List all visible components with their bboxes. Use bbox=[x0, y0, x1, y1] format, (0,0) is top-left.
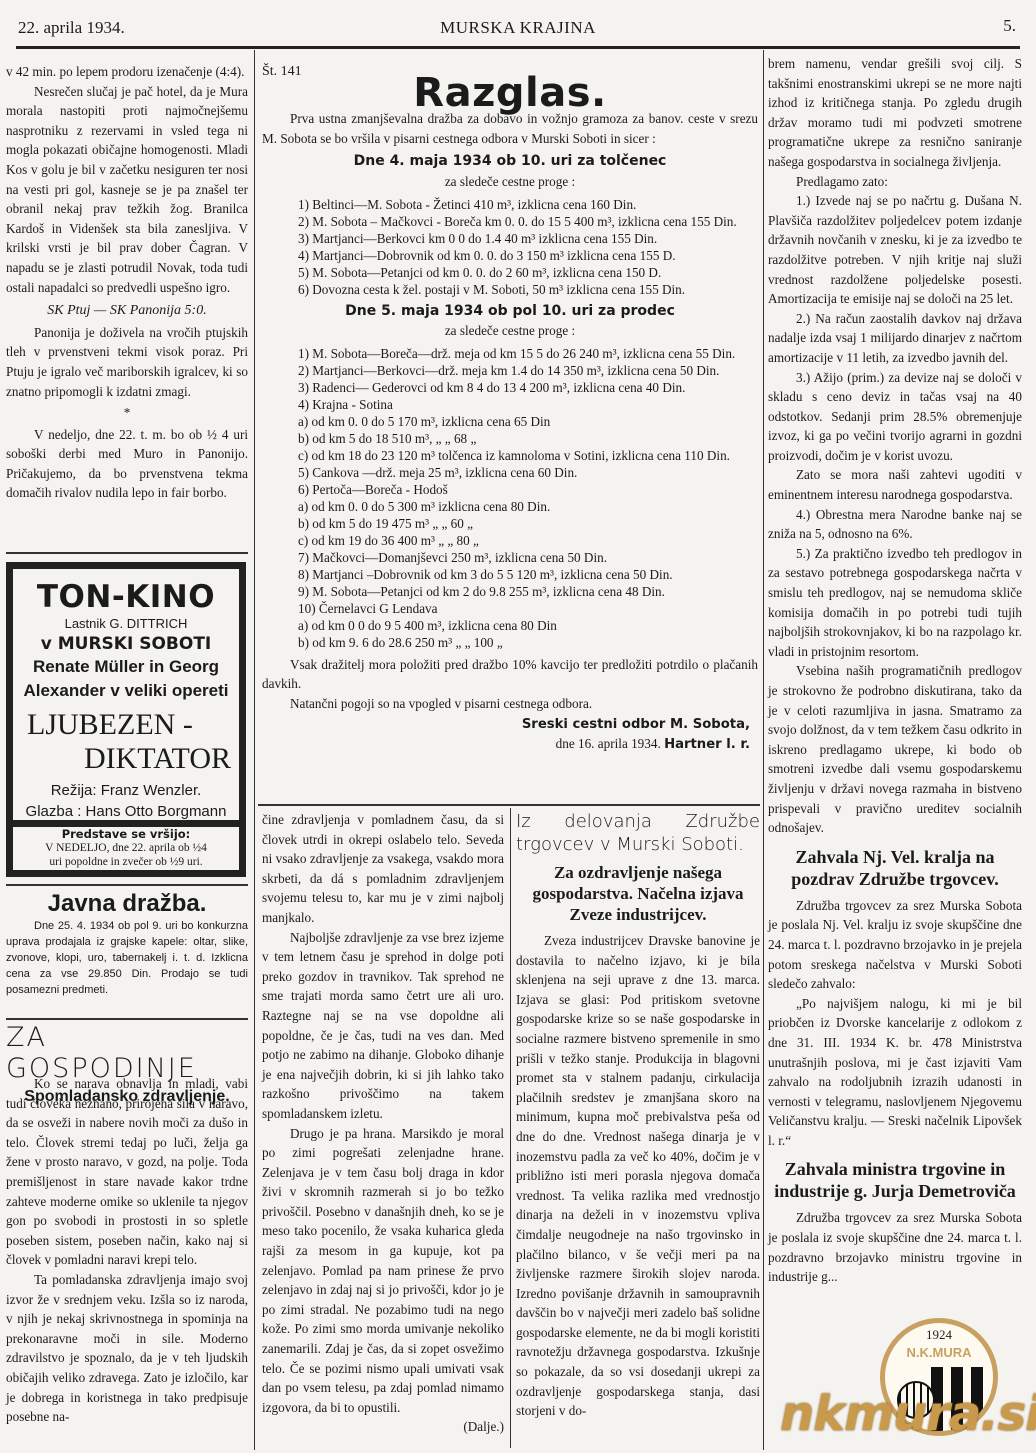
paragraph: v 42 min. po lepem prodoru izenačenje (4… bbox=[6, 62, 248, 82]
showtimes-line: V NEDELJO, dne 22. aprila ob ½4 bbox=[13, 841, 239, 855]
continued-marker: (Dalje.) bbox=[262, 1417, 504, 1437]
film-title: LJUBEZEN - bbox=[13, 708, 239, 742]
paragraph: Nesrečen slučaj je pač hotel, da je Mura… bbox=[6, 82, 248, 298]
cinema-name: TON-KINO bbox=[13, 579, 239, 615]
section-divider bbox=[6, 1018, 248, 1020]
badge-name: N.K.MURA bbox=[885, 1345, 993, 1360]
section-divider bbox=[258, 804, 760, 806]
paragraph: Najboljše zdravljenje za vse brez izjeme… bbox=[262, 928, 504, 1124]
signature-date: dne 16. aprila 1934. bbox=[556, 736, 661, 751]
article-body: Ko se narava obnavlja in mladi, vabi tud… bbox=[6, 1074, 248, 1427]
route-item: 2) Martjanci—Berkovci—drž. meja km 1.4 d… bbox=[298, 362, 758, 379]
showtimes-line: uri popoldne in zvečer ob ½9 uri. bbox=[13, 855, 239, 869]
paragraph: 3.) Ažijo (prim.) za devize naj se določ… bbox=[768, 368, 1022, 466]
route-item: 1) M. Sobota—Boreča—drž. meja od km 15 5… bbox=[298, 345, 758, 362]
paragraph: Zveza industrijcev Dravske banovine je d… bbox=[516, 931, 760, 1421]
article-title: Za ozdravljenje našega gospodarstva. Nač… bbox=[516, 862, 760, 925]
route-list: 1) Beltinci—M. Sobota - Žetinci 410 m³, … bbox=[262, 196, 758, 298]
paragraph: „Po najvišjem nalogu, ki mi je bil priob… bbox=[768, 994, 1022, 1151]
notice-title: Razglas. bbox=[262, 84, 758, 104]
page-number: 5. bbox=[1003, 16, 1016, 36]
public-auction-notice: Javna dražba. Dne 25. 4. 1934 ob pol 9. … bbox=[6, 890, 248, 998]
route-item: a) od km 0 0 do 9 5 400 m³, izklicna cen… bbox=[298, 617, 758, 634]
paragraph: Združba trgovcev za srez Murska Sobota j… bbox=[768, 1208, 1022, 1286]
section-divider bbox=[6, 884, 248, 886]
route-item: c) od km 18 do 23 120 m³ tolčenca iz kam… bbox=[298, 447, 758, 464]
paragraph: Ko se narava obnavlja in mladi, vabi tud… bbox=[6, 1074, 248, 1270]
paragraph: 5.) Za praktično izvedbo teh predlogov i… bbox=[768, 544, 1022, 662]
masthead: 22. aprila 1934. MURSKA KRAJINA 5. bbox=[16, 14, 1020, 49]
paragraph: 4.) Obrestna mera Narodne banke naj se z… bbox=[768, 505, 1022, 544]
paragraph: brem namenu, vendar grešili svoj cilj. S… bbox=[768, 54, 1022, 172]
cinema-owner: Lastnik G. DITTRICH bbox=[13, 616, 239, 631]
paragraph: Drugo je pa hrana. Marsikdo je moral po … bbox=[262, 1124, 504, 1418]
article-title: Zahvala Nj. Vel. kralja na pozdrav Združ… bbox=[768, 846, 1022, 890]
signature-org: Sreski cestni odbor M. Sobota, bbox=[522, 717, 750, 732]
club-watermark: 1924 N.K.MURA nkmura.si bbox=[780, 1318, 1030, 1448]
session-subheading: za sledeče cestne proge : bbox=[262, 172, 758, 192]
route-item: 8) Martjanci –Dobrovnik od km 3 do 5 5 1… bbox=[298, 566, 758, 583]
paragraph: Predlagamo zato: bbox=[768, 172, 1022, 192]
film-title: DIKTATOR bbox=[13, 742, 239, 776]
route-item: 9) M. Sobota—Petanjci od km 2 do 9.8 255… bbox=[298, 583, 758, 600]
route-item: a) od km 0. 0 do 5 170 m³, izklicna cena… bbox=[298, 413, 758, 430]
match-heading: SK Ptuj — SK Panonija 5:0. bbox=[6, 301, 248, 321]
route-item: 10) Černelavci G Lendava bbox=[298, 600, 758, 617]
route-item: 7) Mačkovci—Domanjševci 250 m³, izklicna… bbox=[298, 549, 758, 566]
route-item: b) od km 5 do 19 475 m³ „ „ 60 „ bbox=[298, 515, 758, 532]
article-title: Zahvala ministra trgovine in industrije … bbox=[768, 1158, 1022, 1202]
route-item: b) od km 9. 6 do 28.6 250 m³ „ „ 100 „ bbox=[298, 634, 758, 651]
paragraph: 1.) Izvede naj se po načrtu g. Dušana N.… bbox=[768, 191, 1022, 309]
route-item: 3) Radenci— Gederovci od km 8 4 do 13 4 … bbox=[298, 379, 758, 396]
route-item: 4) Martjanci—Dobrovnik od km 0. 0. do 3 … bbox=[298, 247, 758, 264]
badge-stripes bbox=[931, 1367, 991, 1436]
section-title: Iz delovanja Združbe trgovcev v Murski S… bbox=[516, 810, 760, 856]
club-badge-icon: 1924 N.K.MURA bbox=[880, 1318, 998, 1436]
razglas-notice: Št. 141 Razglas. Prva ustna zmanjševalna… bbox=[262, 62, 758, 755]
route-item: 5) Cankova —drž. meja 25 m³, izklicna ce… bbox=[298, 464, 758, 481]
paragraph: Združba trgovcev za srez Murska Sobota j… bbox=[768, 896, 1022, 994]
paragraph: Ta pomladanska zdravljenja imajo svoj iz… bbox=[6, 1270, 248, 1427]
badge-year: 1924 bbox=[885, 1327, 993, 1343]
watermark-text: nkmura.si bbox=[780, 1386, 1036, 1442]
notice-body: Dne 25. 4. 1934 ob pol 9. uri bo konkurz… bbox=[6, 918, 248, 998]
showtimes-heading: Predstave se vršijo: bbox=[13, 827, 239, 841]
route-item: 4) Krajna - Sotina bbox=[298, 396, 758, 413]
merchants-association-article: Iz delovanja Združbe trgovcev v Murski S… bbox=[516, 810, 760, 1421]
cinema-location: v MURSKI SOBOTI bbox=[13, 634, 239, 654]
route-item: b) od km 5 do 18 510 m³, „ „ 68 „ bbox=[298, 430, 758, 447]
right-column: brem namenu, vendar grešili svoj cilj. S… bbox=[768, 54, 1022, 1287]
route-item: c) od km 19 do 36 400 m³ „ „ 80 „ bbox=[298, 532, 758, 549]
route-item: a) od km 0. 0 do 5 300 m³ izklicna cena … bbox=[298, 498, 758, 515]
film-music: Glazba : Hans Otto Borgmann bbox=[13, 803, 239, 820]
session-subheading: za sledeče cestne proge : bbox=[262, 321, 758, 341]
route-item: 1) Beltinci—M. Sobota - Žetinci 410 m³, … bbox=[298, 196, 758, 213]
cast-line: Alexander v veliki opereti bbox=[13, 680, 239, 702]
showtimes: Predstave se vršijo: V NEDELJO, dne 22. … bbox=[6, 827, 246, 877]
session-heading: Dne 4. maja 1934 ob 10. uri za tolčenec bbox=[262, 152, 758, 172]
paragraph: 2.) Na račun zaostalih davkov naj država… bbox=[768, 309, 1022, 368]
route-item: 5) M. Sobota—Petanjci od km 0. 0. do 2 6… bbox=[298, 264, 758, 281]
film-director: Režija: Franz Wenzler. bbox=[13, 782, 239, 799]
sports-report: v 42 min. po lepem prodoru izenačenje (4… bbox=[6, 62, 248, 503]
route-item: 6) Pertoča—Boreča - Hodoš bbox=[298, 481, 758, 498]
paragraph: čine zdravljenja v pomladnem času, da si… bbox=[262, 810, 504, 928]
route-item: 6) Dovozna cesta k žel. postaji v M. Sob… bbox=[298, 281, 758, 298]
newspaper-title: MURSKA KRAJINA bbox=[16, 18, 1020, 38]
signature: Sreski cestni odbor M. Sobota, dne 16. a… bbox=[262, 714, 750, 755]
column-rule bbox=[510, 808, 511, 1448]
paragraph: Zato se mora naši zahtevi ugoditi v emin… bbox=[768, 465, 1022, 504]
cast-line: Renate Müller in Georg bbox=[13, 656, 239, 678]
paragraph: V nedeljo, dne 22. t. m. bo ob ½ 4 uri s… bbox=[6, 425, 248, 503]
football-icon bbox=[897, 1381, 935, 1419]
cinema-advertisement: TON-KINO Lastnik G. DITTRICH v MURSKI SO… bbox=[6, 562, 246, 827]
notice-intro: Prva ustna zmanjševalna dražba za dobavo… bbox=[262, 109, 758, 148]
notice-title: Javna dražba. bbox=[6, 890, 248, 918]
paragraph: Vsebina naših programatičnih predlogov j… bbox=[768, 661, 1022, 837]
column-rule bbox=[763, 50, 764, 1450]
conditions-note: Natančni pogoji so na vpogled v pisarni … bbox=[262, 694, 758, 714]
session-heading: Dne 5. maja 1934 ob pol 10. uri za prode… bbox=[262, 302, 758, 322]
signature-name: Hartner l. r. bbox=[664, 737, 750, 752]
newspaper-page: 22. aprila 1934. MURSKA KRAJINA 5. v 42 … bbox=[0, 0, 1036, 1453]
paragraph: Panonija je doživela na vročih ptujskih … bbox=[6, 323, 248, 401]
separator: * bbox=[6, 403, 248, 423]
section-divider bbox=[6, 552, 248, 554]
deposit-note: Vsak dražitelj mora položiti pred dražbo… bbox=[262, 655, 758, 694]
route-item: 3) Martjanci—Berkovci km 0 0 do 1.4 40 m… bbox=[298, 230, 758, 247]
route-list: 1) M. Sobota—Boreča—drž. meja od km 15 5… bbox=[262, 345, 758, 651]
route-item: 2) M. Sobota – Mačkovci - Boreča km 0. 0… bbox=[298, 213, 758, 230]
article-continuation: čine zdravljenja v pomladnem času, da si… bbox=[262, 810, 504, 1437]
column-rule bbox=[254, 50, 255, 1450]
